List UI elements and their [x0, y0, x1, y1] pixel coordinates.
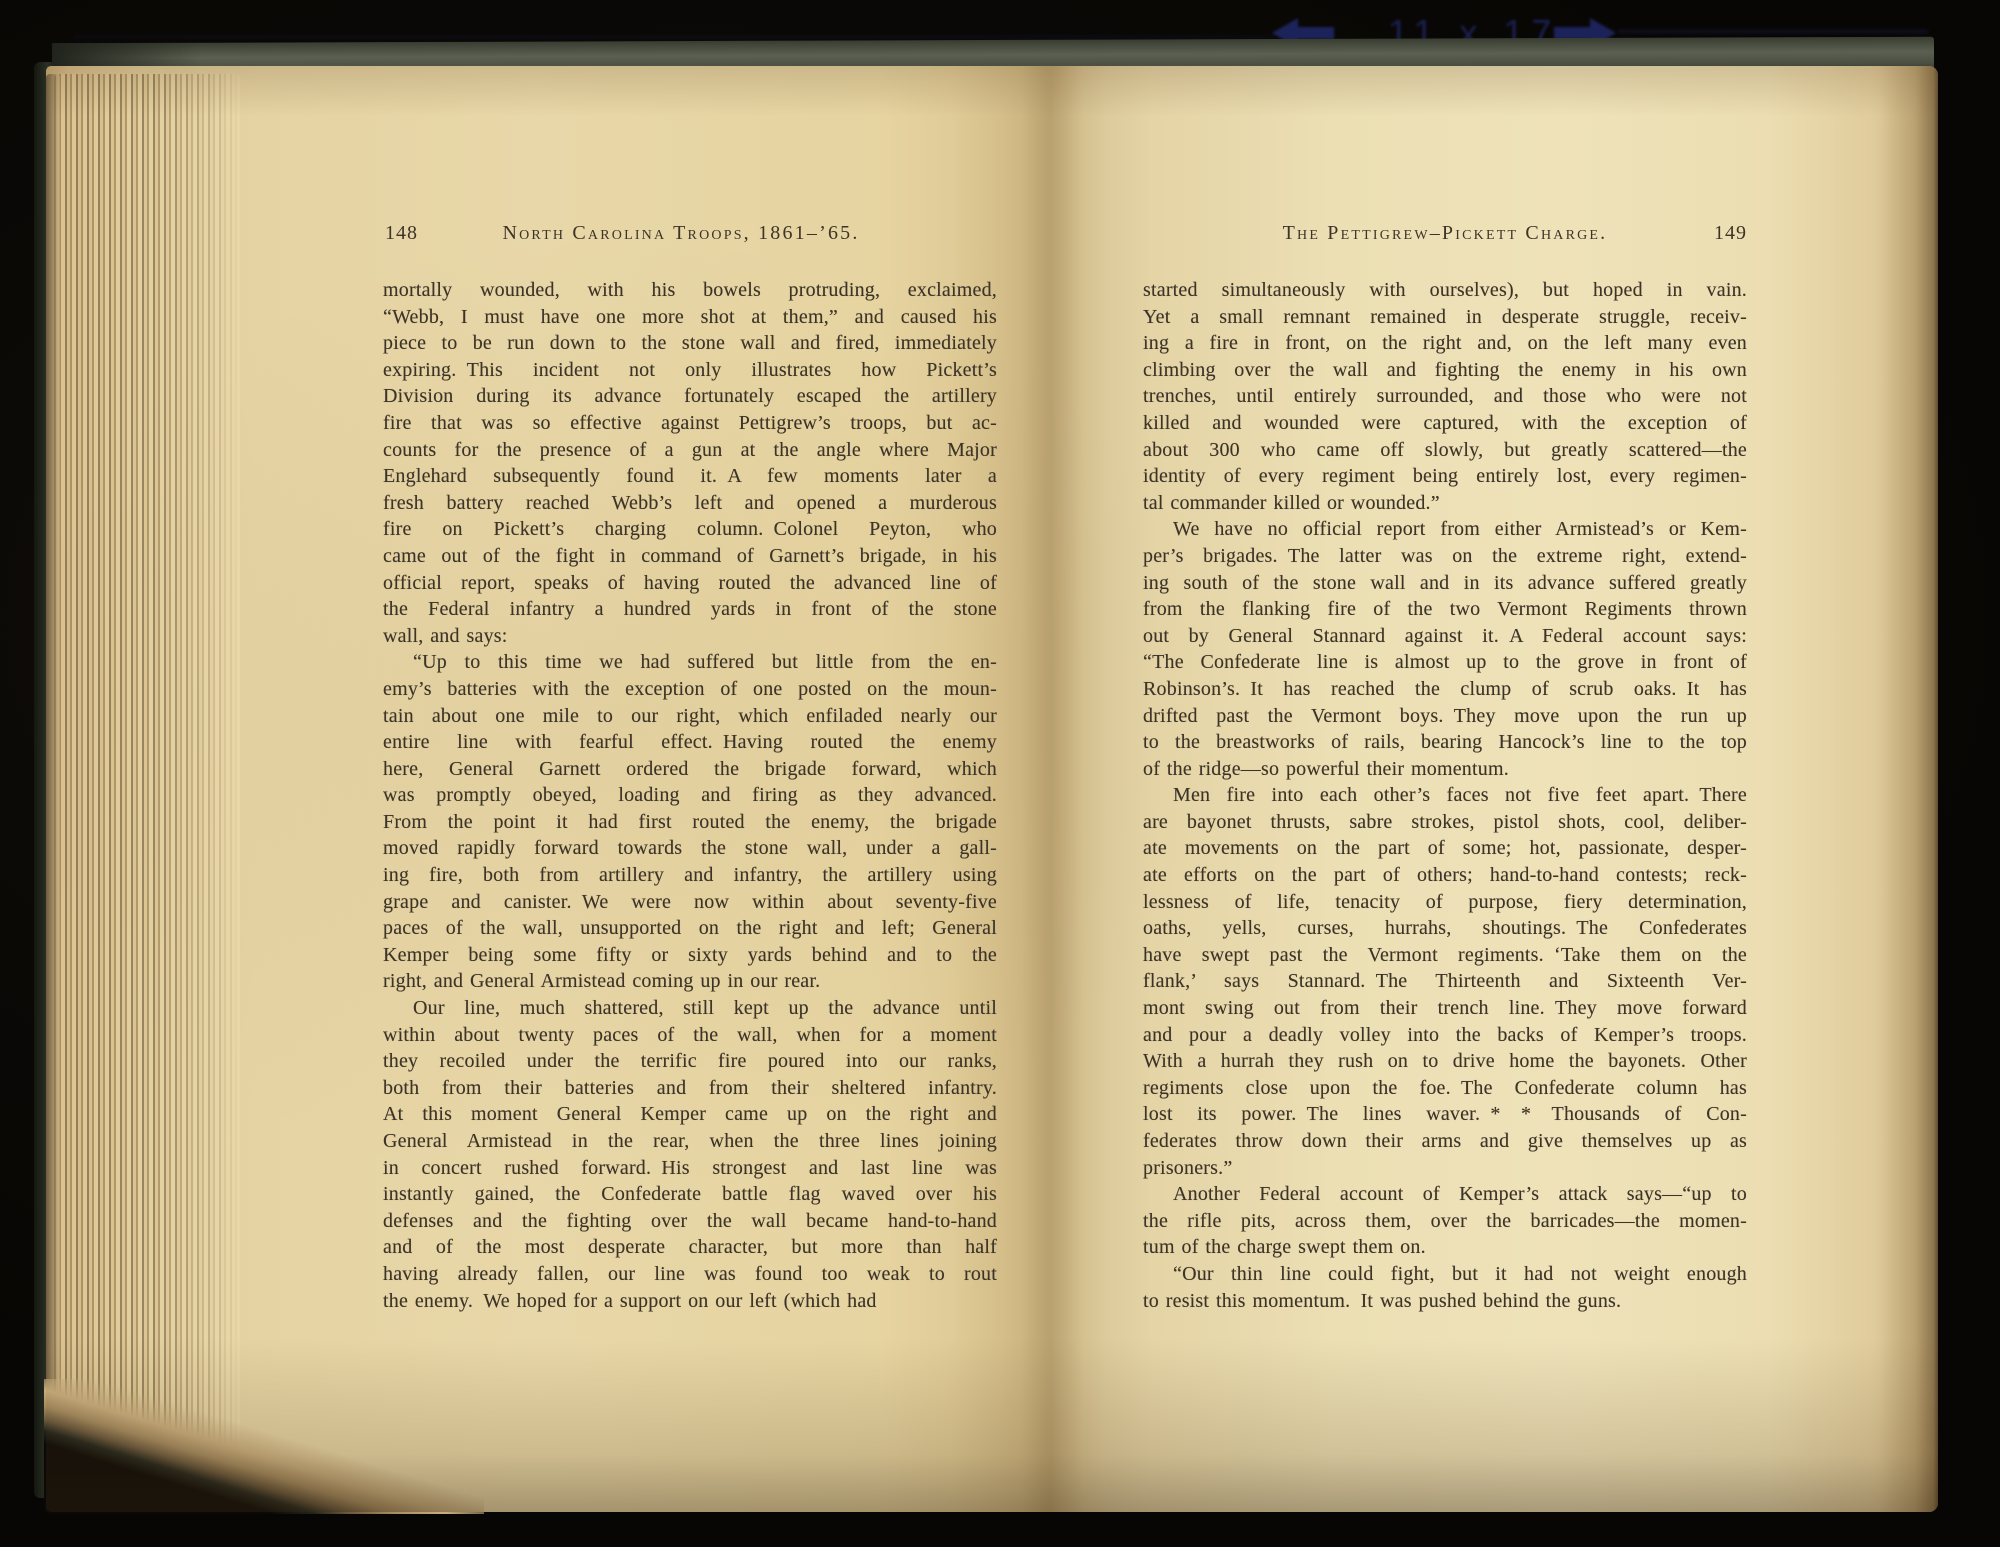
page-number: 149 — [1714, 222, 1747, 245]
text-line: We have no official report from either A… — [1143, 516, 1747, 543]
text-line: flank,’ says Stannard. The Thirteenth an… — [1143, 968, 1747, 995]
text-line: trenches, until entirely surrounded, and… — [1143, 383, 1747, 410]
text-line: to resist this momentum. It was pushed b… — [1143, 1288, 1747, 1315]
text-line: are bayonet thrusts, sabre strokes, pist… — [1143, 809, 1747, 836]
text-line: have swept past the Vermont regiments. ‘… — [1143, 942, 1747, 969]
text-line: “The Confederate line is almost up to th… — [1143, 649, 1747, 676]
text-line: ing south of the stone wall and in its a… — [1143, 570, 1747, 597]
text-line: per’s brigades. The latter was on the ex… — [1143, 543, 1747, 570]
text-line: instantly gained, the Confederate battle… — [383, 1181, 997, 1208]
right-page-edge-shadow — [1880, 66, 1938, 1512]
gutter-shadow — [951, 66, 1151, 1512]
text-line: tal commander killed or wounded.” — [1143, 490, 1747, 517]
page-body-text: started simultaneously with ourselves), … — [1143, 277, 1747, 1314]
text-line: ate efforts on the part of others; hand-… — [1143, 862, 1747, 889]
text-line: in concert rushed forward. His strongest… — [383, 1155, 997, 1182]
scanner-guide-line-right — [1618, 30, 1928, 33]
text-line: fresh battery reached Webb’s left and op… — [383, 490, 997, 517]
text-line: ing fire, both from artillery and infant… — [383, 862, 997, 889]
page-edge-stack — [54, 74, 240, 1502]
page-148: 148 North Carolina Troops, 1861–’65. mor… — [383, 222, 997, 1314]
text-line: fire on Pickett’s charging column. Colon… — [383, 516, 997, 543]
text-line: entire line with fearful effect. Having … — [383, 729, 997, 756]
text-line: the rifle pits, across them, over the ba… — [1143, 1208, 1747, 1235]
text-line: defenses and the fighting over the wall … — [383, 1208, 997, 1235]
text-line: about 300 who came off slowly, but great… — [1143, 437, 1747, 464]
text-line: piece to be run down to the stone wall a… — [383, 330, 997, 357]
text-line: killed and wounded were captured, with t… — [1143, 410, 1747, 437]
text-line: Another Federal account of Kemper’s atta… — [1143, 1181, 1747, 1208]
open-page-spread: 148 North Carolina Troops, 1861–’65. mor… — [46, 66, 1938, 1512]
text-line: of the ridge—so powerful their momentum. — [1143, 756, 1747, 783]
scanner-guide-line-left — [74, 36, 1274, 38]
text-line: official report, speaks of having routed… — [383, 570, 997, 597]
text-line: moved rapidly forward towards the stone … — [383, 835, 997, 862]
text-line: came out of the fight in command of Garn… — [383, 543, 997, 570]
text-line: At this moment General Kemper came up on… — [383, 1101, 997, 1128]
text-line: having already fallen, our line was foun… — [383, 1261, 997, 1288]
text-line: ing a fire in front, on the right and, o… — [1143, 330, 1747, 357]
text-line: drifted past the Vermont boys. They move… — [1143, 703, 1747, 730]
text-line: Our line, much shattered, still kept up … — [383, 995, 997, 1022]
text-line: federates throw down their arms and give… — [1143, 1128, 1747, 1155]
text-line: General Armistead in the rear, when the … — [383, 1128, 997, 1155]
text-line: Division during its advance fortunately … — [383, 383, 997, 410]
text-line: identity of every regiment being entirel… — [1143, 463, 1747, 490]
page-number: 148 — [385, 222, 418, 245]
text-line: and of the most desperate character, but… — [383, 1234, 997, 1261]
text-line: Kemper being some fifty or sixty yards b… — [383, 942, 997, 969]
text-line: tain about one mile to our right, which … — [383, 703, 997, 730]
running-head-title: North Carolina Troops, 1861–’65. — [383, 222, 979, 245]
text-line: right, and General Armistead coming up i… — [383, 968, 997, 995]
text-line: was promptly obeyed, loading and firing … — [383, 782, 997, 809]
text-line: the enemy. We hoped for a support on our… — [383, 1288, 997, 1315]
text-line: the Federal infantry a hundred yards in … — [383, 596, 997, 623]
text-line: climbing over the wall and fighting the … — [1143, 357, 1747, 384]
book-scan-photo: 11 x 17 148 North Carolina Troops, 1861–… — [0, 0, 2000, 1547]
text-line: From the point it had first routed the e… — [383, 809, 997, 836]
text-line: paces of the wall, unsupported on the ri… — [383, 915, 997, 942]
text-line: ate movements on the part of some; hot, … — [1143, 835, 1747, 862]
text-line: lost its power. The lines waver. * * Tho… — [1143, 1101, 1747, 1128]
text-line: counts for the presence of a gun at the … — [383, 437, 997, 464]
text-line: “Our thin line could fight, but it had n… — [1143, 1261, 1747, 1288]
text-line: “Up to this time we had suffered but lit… — [383, 649, 997, 676]
text-line: they recoiled under the terrific fire po… — [383, 1048, 997, 1075]
text-line: lessness of life, tenacity of purpose, f… — [1143, 889, 1747, 916]
text-line: “Webb, I must have one more shot at them… — [383, 304, 997, 331]
text-line: grape and canister. We were now within a… — [383, 889, 997, 916]
text-line: within about twenty paces of the wall, w… — [383, 1022, 997, 1049]
running-head-title: The Pettigrew–Pickett Charge. — [1143, 222, 1747, 245]
text-line: expiring. This incident not only illustr… — [383, 357, 997, 384]
text-line: tum of the charge swept them on. — [1143, 1234, 1747, 1261]
text-line: Robinson’s. It has reached the clump of … — [1143, 676, 1747, 703]
text-line: wall, and says: — [383, 623, 997, 650]
text-line: fire that was so effective against Petti… — [383, 410, 997, 437]
text-line: oaths, yells, curses, hurrahs, shoutings… — [1143, 915, 1747, 942]
running-header: 148 North Carolina Troops, 1861–’65. — [383, 222, 997, 254]
text-line: both from their batteries and from their… — [383, 1075, 997, 1102]
text-line: Yet a small remnant remained in desperat… — [1143, 304, 1747, 331]
text-line: emy’s batteries with the exception of on… — [383, 676, 997, 703]
bottom-left-page-corner — [44, 1379, 484, 1514]
text-line: from the flanking fire of the two Vermon… — [1143, 596, 1747, 623]
text-line: Men fire into each other’s faces not fiv… — [1143, 782, 1747, 809]
text-line: prisoners.” — [1143, 1155, 1747, 1182]
text-line: out by General Stannard against it. A Fe… — [1143, 623, 1747, 650]
text-line: to the breastworks of rails, bearing Han… — [1143, 729, 1747, 756]
page-body-text: mortally wounded, with his bowels protru… — [383, 277, 997, 1314]
text-line: Englehard subsequently found it. A few m… — [383, 463, 997, 490]
text-line: mont swing out from their trench line. T… — [1143, 995, 1747, 1022]
text-line: With a hurrah they rush on to drive home… — [1143, 1048, 1747, 1075]
text-line: regiments close upon the foe. The Confed… — [1143, 1075, 1747, 1102]
text-line: started simultaneously with ourselves), … — [1143, 277, 1747, 304]
page-149: The Pettigrew–Pickett Charge. 149 starte… — [1143, 222, 1747, 1314]
text-line: here, General Garnett ordered the brigad… — [383, 756, 997, 783]
text-line: and pour a deadly volley into the backs … — [1143, 1022, 1747, 1049]
running-header: The Pettigrew–Pickett Charge. 149 — [1143, 222, 1747, 254]
text-line: mortally wounded, with his bowels protru… — [383, 277, 997, 304]
